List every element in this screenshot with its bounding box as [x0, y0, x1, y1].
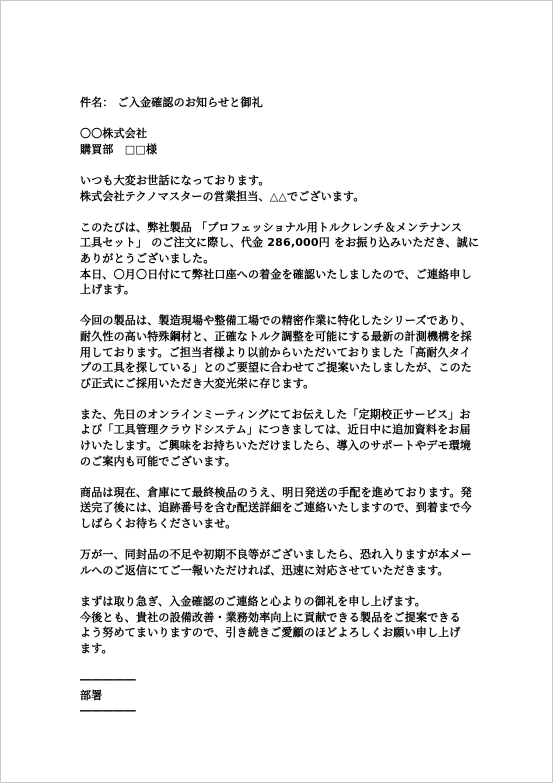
document-page: 件名： ご入金確認のお知らせと御礼 〇〇株式会社 購買部 □□様 いつも大変お世… — [0, 0, 553, 783]
text-line: しばらくお待ちくださいませ。 — [80, 516, 472, 532]
recipient-company: 〇〇株式会社 — [80, 126, 472, 142]
text-line: このたびは、弊社製品 「プロフェッショナル用トルクレンチ＆メンテナンス — [80, 220, 472, 236]
greeting-paragraph: いつも大変お世話になっております。 株式会社テクノマスターの営業担当、△△でござ… — [80, 173, 472, 204]
spacer — [80, 532, 472, 548]
text-line: 万が一、同封品の不足や初期不良等がございましたら、恐れ入りますが本メー — [80, 547, 472, 563]
text-line: 耐久性の高い特殊鋼材と、正確なトルク調整を可能にする最新の計測機構を採 — [80, 329, 472, 345]
shipping-paragraph: 商品は現在、倉庫にて最終検品のうえ、明日発送の手配を進めております。発 送完了後… — [80, 485, 472, 532]
text-line: プの工具を探している」とのご要望に合わせてご提案いたしましたが、このた — [80, 360, 472, 376]
text-line: 商品は現在、倉庫にて最終検品のうえ、明日発送の手配を進めております。発 — [80, 485, 472, 501]
spacer — [80, 578, 472, 594]
spacer — [80, 157, 472, 173]
email-body: 件名： ご入金確認のお知らせと御礼 〇〇株式会社 購買部 □□様 いつも大変お世… — [80, 95, 472, 719]
spacer — [80, 391, 472, 407]
text-line: び正式にご採用いただき大変光栄に存じます。 — [80, 376, 472, 392]
text-line: 用しております。ご担当者様より以前からいただいておりました「高耐久タイ — [80, 345, 472, 361]
text-line: のご案内も可能でございます。 — [80, 454, 472, 470]
text-line: 今後とも、貴社の設備改善・業務効率向上に貢献できる製品をご提案できる — [80, 610, 472, 626]
issues-paragraph: 万が一、同封品の不足や初期不良等がございましたら、恐れ入りますが本メー ルへのご… — [80, 547, 472, 578]
signature-rule-bottom: ――――― — [80, 703, 472, 719]
spacer — [80, 469, 472, 485]
payment-paragraph: このたびは、弊社製品 「プロフェッショナル用トルクレンチ＆メンテナンス 工具セッ… — [80, 220, 472, 298]
product-paragraph: 今回の製品は、製造現場や整備工場での精密作業に特化したシリーズであり、 耐久性の… — [80, 313, 472, 391]
recipient-person: 購買部 □□様 — [80, 142, 472, 158]
signature-rule-top: ――――― — [80, 672, 472, 688]
text-line: 今回の製品は、製造現場や整備工場での精密作業に特化したシリーズであり、 — [80, 313, 472, 329]
spacer — [80, 298, 472, 314]
text-line: けいたします。ご興味をお持ちいただけましたら、導入のサポートやデモ環境 — [80, 438, 472, 454]
text-line: 本日、〇月〇日付にて弊社口座への着金を確認いたしましたので、ご連絡申し — [80, 267, 472, 283]
signature-department: 部署 — [80, 688, 472, 704]
text-line: 上げます。 — [80, 282, 472, 298]
text-line: ありがとうございました。 — [80, 251, 472, 267]
text-line: 株式会社テクノマスターの営業担当、△△でございます。 — [80, 189, 472, 205]
text-line: よび「工具管理クラウドシステム」につきましては、近日中に追加資料をお届 — [80, 422, 472, 438]
text-line: 工具セット」 のご注文に際し、代金 286,000円 をお振り込みいただき、誠に — [80, 235, 472, 251]
subject-line: 件名： ご入金確認のお知らせと御礼 — [80, 95, 472, 111]
text-line: 送完了後には、追跡番号を含む配送詳細をご連絡いたしますので、到着まで今 — [80, 500, 472, 516]
text-line: ルへのご返信にてご一報いただければ、迅速に対応させていただきます。 — [80, 563, 472, 579]
text-line: いつも大変お世話になっております。 — [80, 173, 472, 189]
text-line: ます。 — [80, 641, 472, 657]
text-line: まずは取り急ぎ、入金確認のご連絡と心よりの御礼を申し上げます。 — [80, 594, 472, 610]
signature-block: ――――― 部署 ――――― — [80, 672, 472, 719]
recipient-block: 〇〇株式会社 購買部 □□様 — [80, 126, 472, 157]
text-line: また、先日のオンラインミーティングにてお伝えした「定期校正サービス」お — [80, 407, 472, 423]
spacer — [80, 204, 472, 220]
closing-paragraph: まずは取り急ぎ、入金確認のご連絡と心よりの御礼を申し上げます。 今後とも、貴社の… — [80, 594, 472, 656]
spacer — [80, 111, 472, 127]
spacer — [80, 656, 472, 672]
text-line: よう努めてまいりますので、引き続きご愛顧のほどよろしくお願い申し上げ — [80, 625, 472, 641]
services-paragraph: また、先日のオンラインミーティングにてお伝えした「定期校正サービス」お よび「工… — [80, 407, 472, 469]
